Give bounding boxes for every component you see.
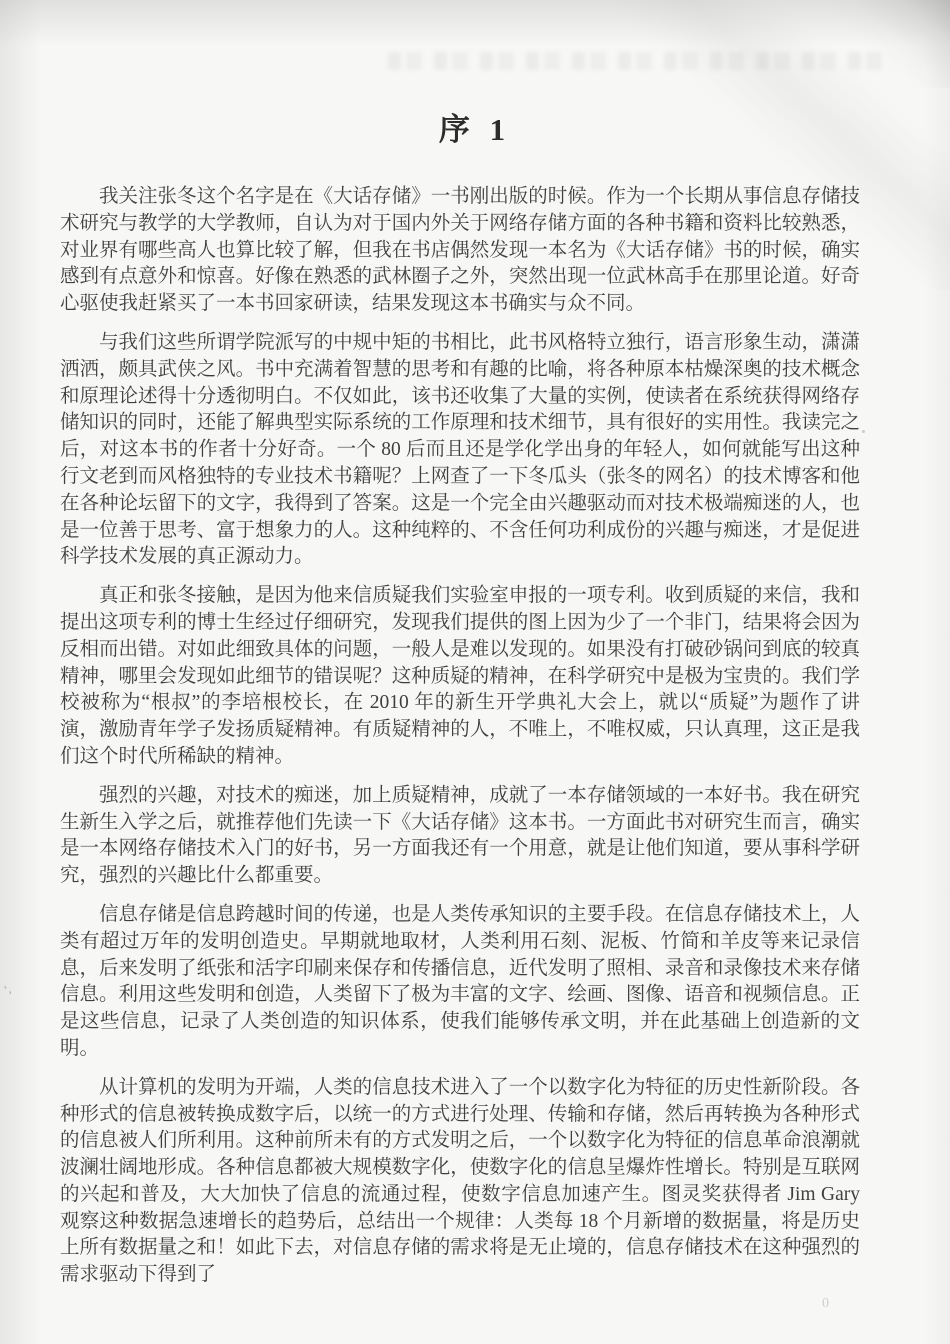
bleed-through-text-artifact <box>388 52 888 70</box>
body-paragraph: 真正和张冬接触，是因为他来信质疑我们实验室申报的一项专利。收到质疑的来信，我和提… <box>60 583 860 771</box>
scan-shading-left <box>0 0 42 1344</box>
body-paragraph: 信息存储是信息跨越时间的传递，也是人类传承知识的主要手段。在信息存储技术上，人类… <box>60 902 860 1063</box>
body-paragraph: 从计算机的发明为开端，人类的信息技术进入了一个以数字化为特征的历史性新阶段。各种… <box>60 1075 860 1289</box>
page-corner-shadow <box>830 0 950 88</box>
body-paragraph: 与我们这些所谓学院派写的中规中矩的书相比，此书风格特立独行，语言形象生动，潇潇洒… <box>60 330 860 571</box>
page-title: 序 1 <box>0 104 950 149</box>
scanned-book-page: 序 1 我关注张冬这个名字是在《大话存储》一书刚出版的时候。作为一个长期从事信息… <box>0 0 950 1344</box>
preface-body: 我关注张冬这个名字是在《大话存储》一书刚出版的时候。作为一个长期从事信息存储技术… <box>60 184 860 1301</box>
scan-shading-right <box>924 0 950 1344</box>
body-paragraph: 强烈的兴趣，对技术的痴迷，加上质疑精神，成就了一本存储领域的一本好书。我在研究生… <box>60 783 860 890</box>
body-paragraph: 我关注张冬这个名字是在《大话存储》一书刚出版的时候。作为一个长期从事信息存储技术… <box>60 184 860 318</box>
scan-speck-mark: ʻ, <box>3 981 13 997</box>
scan-dust-speck <box>862 430 865 433</box>
scan-shading-top <box>0 0 950 46</box>
